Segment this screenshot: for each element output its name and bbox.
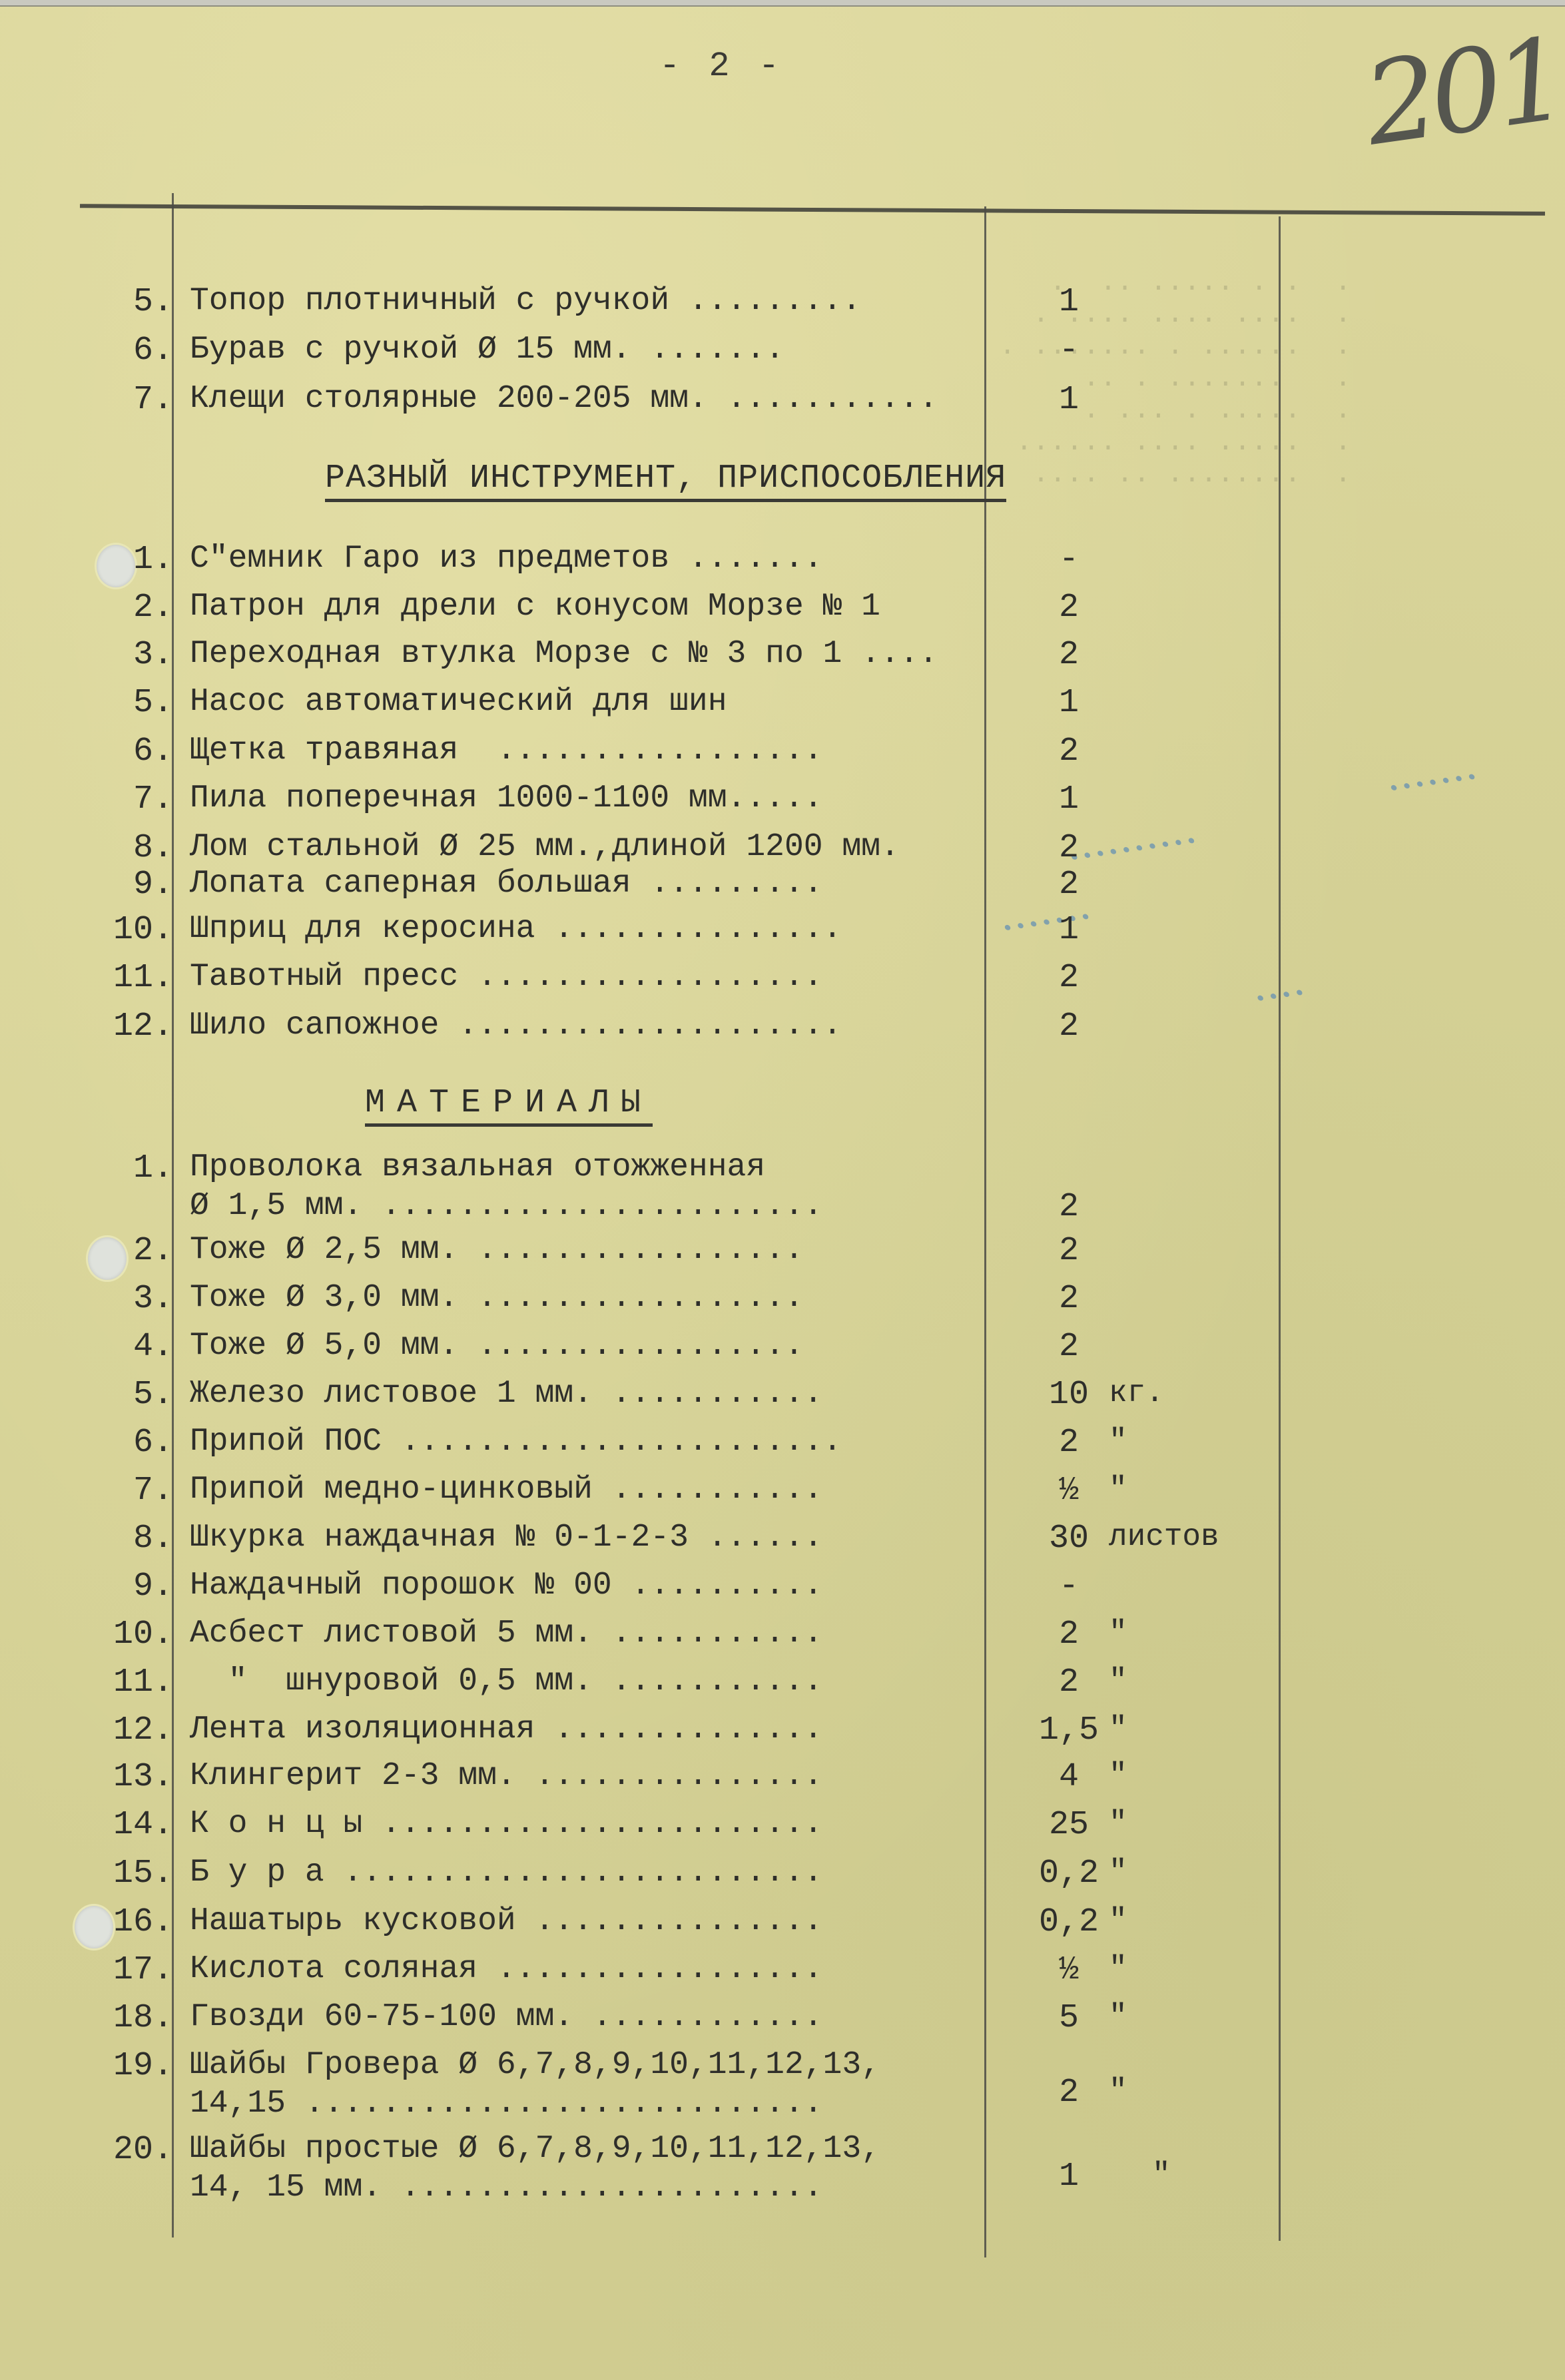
document-page: . . . ..... .. . . .... .... .... . . ..… <box>0 0 1565 2380</box>
page-number: - 2 - <box>659 47 783 86</box>
table-top-rule <box>80 204 1545 216</box>
paper-top-edge <box>0 0 1565 7</box>
section-title-materials: МАТЕРИАЛЫ <box>365 1084 653 1127</box>
folio-number: 201 <box>1357 13 1565 171</box>
section-title-tools: РАЗНЫЙ ИНСТРУМЕНТ, ПРИСПОСОБЛЕНИЯ <box>325 459 1006 502</box>
ink-offset-mark: ....... <box>1383 740 1480 800</box>
table-quantity-rule <box>984 206 986 2257</box>
table-right-rule <box>1279 216 1281 2241</box>
